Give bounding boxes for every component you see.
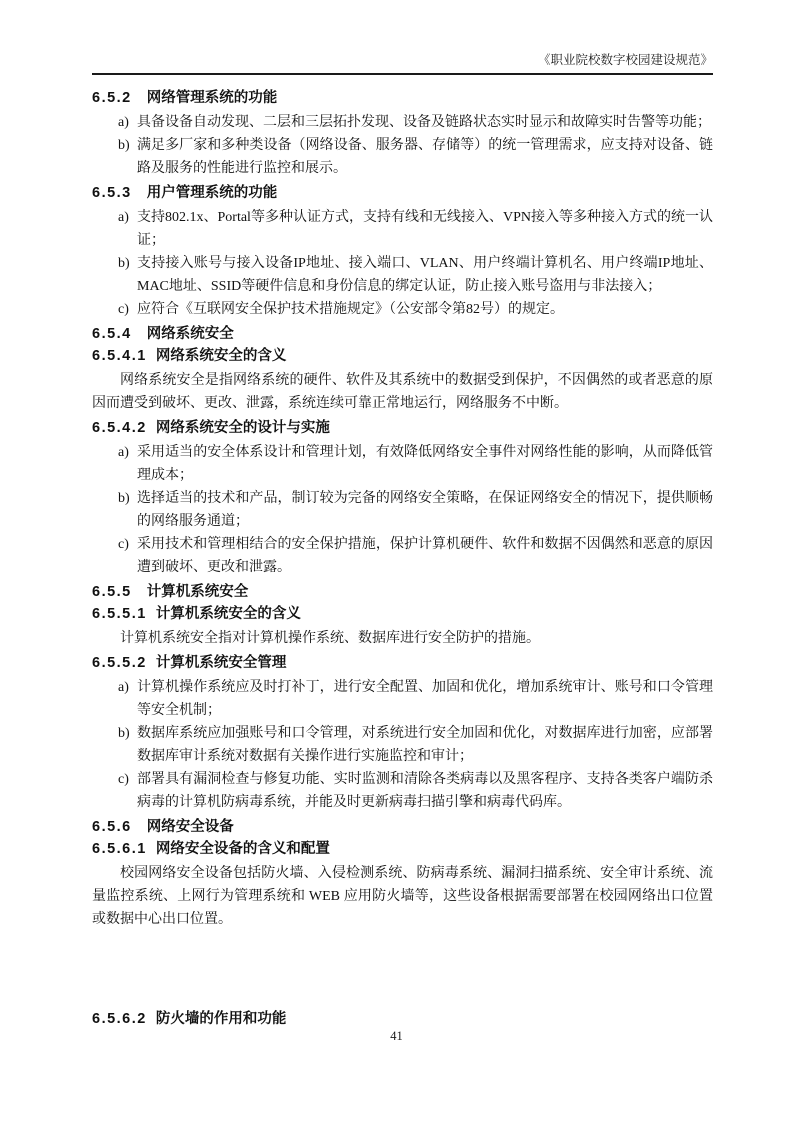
document-title: 《职业院校数字校园建设规范》 <box>538 53 713 67</box>
ordered-list: a)计算机操作系统应及时打补丁，进行安全配置、加固和优化，增加系统审计、账号和口… <box>92 676 713 814</box>
page-header: 《职业院校数字校园建设规范》 <box>92 52 713 75</box>
document-page: 《职业院校数字校园建设规范》 6.5.2网络管理系统的功能a)具备设备自动发现、… <box>0 0 793 1122</box>
section-title: 用户管理系统的功能 <box>147 185 278 201</box>
ordered-list: a)采用适当的安全体系设计和管理计划，有效降低网络安全事件对网络性能的影响，从而… <box>92 441 713 579</box>
section-heading: 6.5.4网络系统安全 <box>92 326 713 343</box>
list-item: a)具备设备自动发现、二层和三层拓扑发现、设备及链路状态实时显示和故障实时告警等… <box>118 111 713 134</box>
list-item: a)采用适当的安全体系设计和管理计划，有效降低网络安全事件对网络性能的影响，从而… <box>118 441 713 487</box>
paragraph: 校园网络安全设备包括防火墙、入侵检测系统、防病毒系统、漏洞扫描系统、安全审计系统… <box>92 862 713 931</box>
section-title: 网络系统安全 <box>147 326 234 342</box>
list-item: c)采用技术和管理相结合的安全保护措施，保护计算机硬件、软件和数据不因偶然和恶意… <box>118 533 713 579</box>
section-number: 6.5.5.1 <box>92 606 147 622</box>
list-item: b)支持接入账号与接入设备IP地址、接入端口、VLAN、用户终端计算机名、用户终… <box>118 252 713 298</box>
list-item-label: c) <box>118 298 137 321</box>
section-title: 网络系统安全的设计与实施 <box>156 420 330 436</box>
list-item-label: a) <box>118 206 137 252</box>
ordered-list: a)支持802.1x、Portal等多种认证方式，支持有线和无线接入、VPN接入… <box>92 206 713 321</box>
paragraph: 计算机系统安全指对计算机操作系统、数据库进行安全防护的措施。 <box>92 627 713 650</box>
list-item-text: 数据库系统应加强账号和口令管理，对系统进行安全加固和优化，对数据库进行加密，应部… <box>137 722 713 768</box>
list-item: b)满足多厂家和多种类设备（网络设备、服务器、存储等）的统一管理需求，应支持对设… <box>118 134 713 180</box>
section-heading: 6.5.4.1网络系统安全的含义 <box>92 348 713 365</box>
section-number: 6.5.6.1 <box>92 841 147 857</box>
list-item-text: 支持接入账号与接入设备IP地址、接入端口、VLAN、用户终端计算机名、用户终端I… <box>137 252 713 298</box>
list-item-text: 选择适当的技术和产品，制订较为完备的网络安全策略，在保证网络安全的情况下，提供顺… <box>137 487 713 533</box>
page-footer: 41 <box>0 1029 793 1044</box>
list-item: c)部署具有漏洞检查与修复功能、实时监测和清除各类病毒以及黑客程序、支持各类客户… <box>118 768 713 814</box>
list-item: c)应符合《互联网安全保护技术措施规定》（公安部令第82号）的规定。 <box>118 298 713 321</box>
list-item-label: c) <box>118 768 137 814</box>
section-heading: 6.5.5计算机系统安全 <box>92 584 713 601</box>
document-body: 6.5.2网络管理系统的功能a)具备设备自动发现、二层和三层拓扑发现、设备及链路… <box>92 84 713 1032</box>
section-heading: 6.5.6.1网络安全设备的含义和配置 <box>92 841 713 858</box>
section-heading: 6.5.5.1计算机系统安全的含义 <box>92 606 713 623</box>
list-item-label: a) <box>118 441 137 487</box>
section-heading: 6.5.4.2网络系统安全的设计与实施 <box>92 420 713 437</box>
section-number: 6.5.6 <box>92 819 132 835</box>
section-heading: 6.5.2网络管理系统的功能 <box>92 90 713 107</box>
ordered-list: a)具备设备自动发现、二层和三层拓扑发现、设备及链路状态实时显示和故障实时告警等… <box>92 111 713 180</box>
list-item-text: 采用技术和管理相结合的安全保护措施，保护计算机硬件、软件和数据不因偶然和恶意的原… <box>137 533 713 579</box>
section-heading: 6.5.6网络安全设备 <box>92 819 713 836</box>
list-item-text: 支持802.1x、Portal等多种认证方式，支持有线和无线接入、VPN接入等多… <box>137 206 713 252</box>
list-item-label: b) <box>118 134 137 180</box>
section-number: 6.5.4.2 <box>92 420 147 436</box>
list-item-text: 具备设备自动发现、二层和三层拓扑发现、设备及链路状态实时显示和故障实时告警等功能… <box>137 111 713 134</box>
section-title: 计算机系统安全管理 <box>156 655 287 671</box>
section-title: 计算机系统安全 <box>147 584 249 600</box>
list-item-label: a) <box>118 111 137 134</box>
section-number: 6.5.3 <box>92 185 132 201</box>
list-item: b)数据库系统应加强账号和口令管理，对系统进行安全加固和优化，对数据库进行加密，… <box>118 722 713 768</box>
section-heading: 6.5.3用户管理系统的功能 <box>92 185 713 202</box>
section-title: 防火墙的作用和功能 <box>156 1011 287 1027</box>
section-title: 网络管理系统的功能 <box>147 90 278 106</box>
list-item-text: 计算机操作系统应及时打补丁，进行安全配置、加固和优化，增加系统审计、账号和口令管… <box>137 676 713 722</box>
list-item-label: c) <box>118 533 137 579</box>
section-heading: 6.5.5.2计算机系统安全管理 <box>92 655 713 672</box>
section-number: 6.5.4 <box>92 326 132 342</box>
section-title: 网络安全设备的含义和配置 <box>156 841 330 857</box>
list-item-text: 部署具有漏洞检查与修复功能、实时监测和清除各类病毒以及黑客程序、支持各类客户端防… <box>137 768 713 814</box>
section-number: 6.5.4.1 <box>92 348 147 364</box>
section-number: 6.5.6.2 <box>92 1011 147 1027</box>
section-heading: 6.5.6.2防火墙的作用和功能 <box>92 1011 713 1028</box>
list-item: b)选择适当的技术和产品，制订较为完备的网络安全策略，在保证网络安全的情况下，提… <box>118 487 713 533</box>
list-item-label: b) <box>118 722 137 768</box>
list-item-text: 满足多厂家和多种类设备（网络设备、服务器、存储等）的统一管理需求，应支持对设备、… <box>137 134 713 180</box>
section-number: 6.5.2 <box>92 90 132 106</box>
section-title: 网络安全设备 <box>147 819 234 835</box>
list-item: a)计算机操作系统应及时打补丁，进行安全配置、加固和优化，增加系统审计、账号和口… <box>118 676 713 722</box>
list-item-label: b) <box>118 487 137 533</box>
list-item: a)支持802.1x、Portal等多种认证方式，支持有线和无线接入、VPN接入… <box>118 206 713 252</box>
list-item-text: 采用适当的安全体系设计和管理计划，有效降低网络安全事件对网络性能的影响，从而降低… <box>137 441 713 487</box>
list-item-label: a) <box>118 676 137 722</box>
section-title: 计算机系统安全的含义 <box>156 606 301 622</box>
page-number: 41 <box>390 1029 403 1043</box>
list-item-label: b) <box>118 252 137 298</box>
section-number: 6.5.5 <box>92 584 132 600</box>
section-title: 网络系统安全的含义 <box>156 348 287 364</box>
paragraph: 网络系统安全是指网络系统的硬件、软件及其系统中的数据受到保护，不因偶然的或者恶意… <box>92 369 713 415</box>
section-number: 6.5.5.2 <box>92 655 147 671</box>
list-item-text: 应符合《互联网安全保护技术措施规定》（公安部令第82号）的规定。 <box>137 298 713 321</box>
